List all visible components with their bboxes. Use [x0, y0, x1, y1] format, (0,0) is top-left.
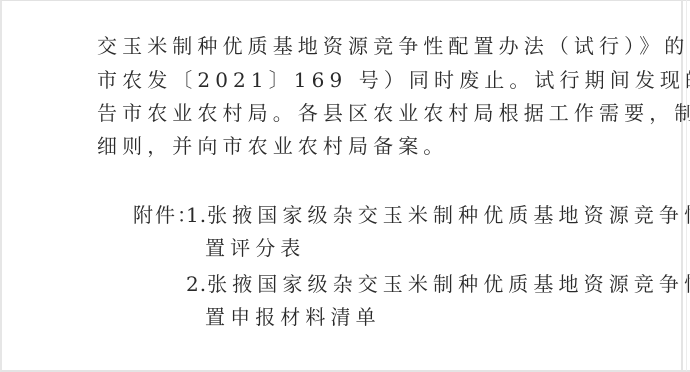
body-text-line: 交玉米制种优质基地资源竞争性配置办法（试行）》的通知（张 — [97, 34, 690, 58]
attachment-item-1-continued: 置评分表 — [205, 236, 305, 260]
attachment-item-1: 1.张掖国家级杂交玉米制种优质基地资源竞争性配 — [186, 203, 690, 227]
attachment-title: 张掖国家级杂交玉米制种优质基地资源竞争性配 — [207, 203, 690, 227]
body-text-line: 市农发〔2021〕169 号）同时废止。试行期间发现的问题及时报 — [97, 68, 690, 92]
attachment-item-2-continued: 置申报材料清单 — [205, 305, 381, 329]
attachment-item-2: 2.张掖国家级杂交玉米制种优质基地资源竞争性配 — [186, 272, 690, 296]
attachment-number: 2. — [186, 272, 207, 296]
attachment-number: 1. — [186, 203, 207, 227]
body-text-line: 告市农业农村局。各县区农业农村局根据工作需要，制定实施 — [97, 101, 690, 125]
body-text-line: 细则，并向市农业农村局备案。 — [97, 134, 448, 158]
attachment-title: 张掖国家级杂交玉米制种优质基地资源竞争性配 — [207, 272, 690, 296]
